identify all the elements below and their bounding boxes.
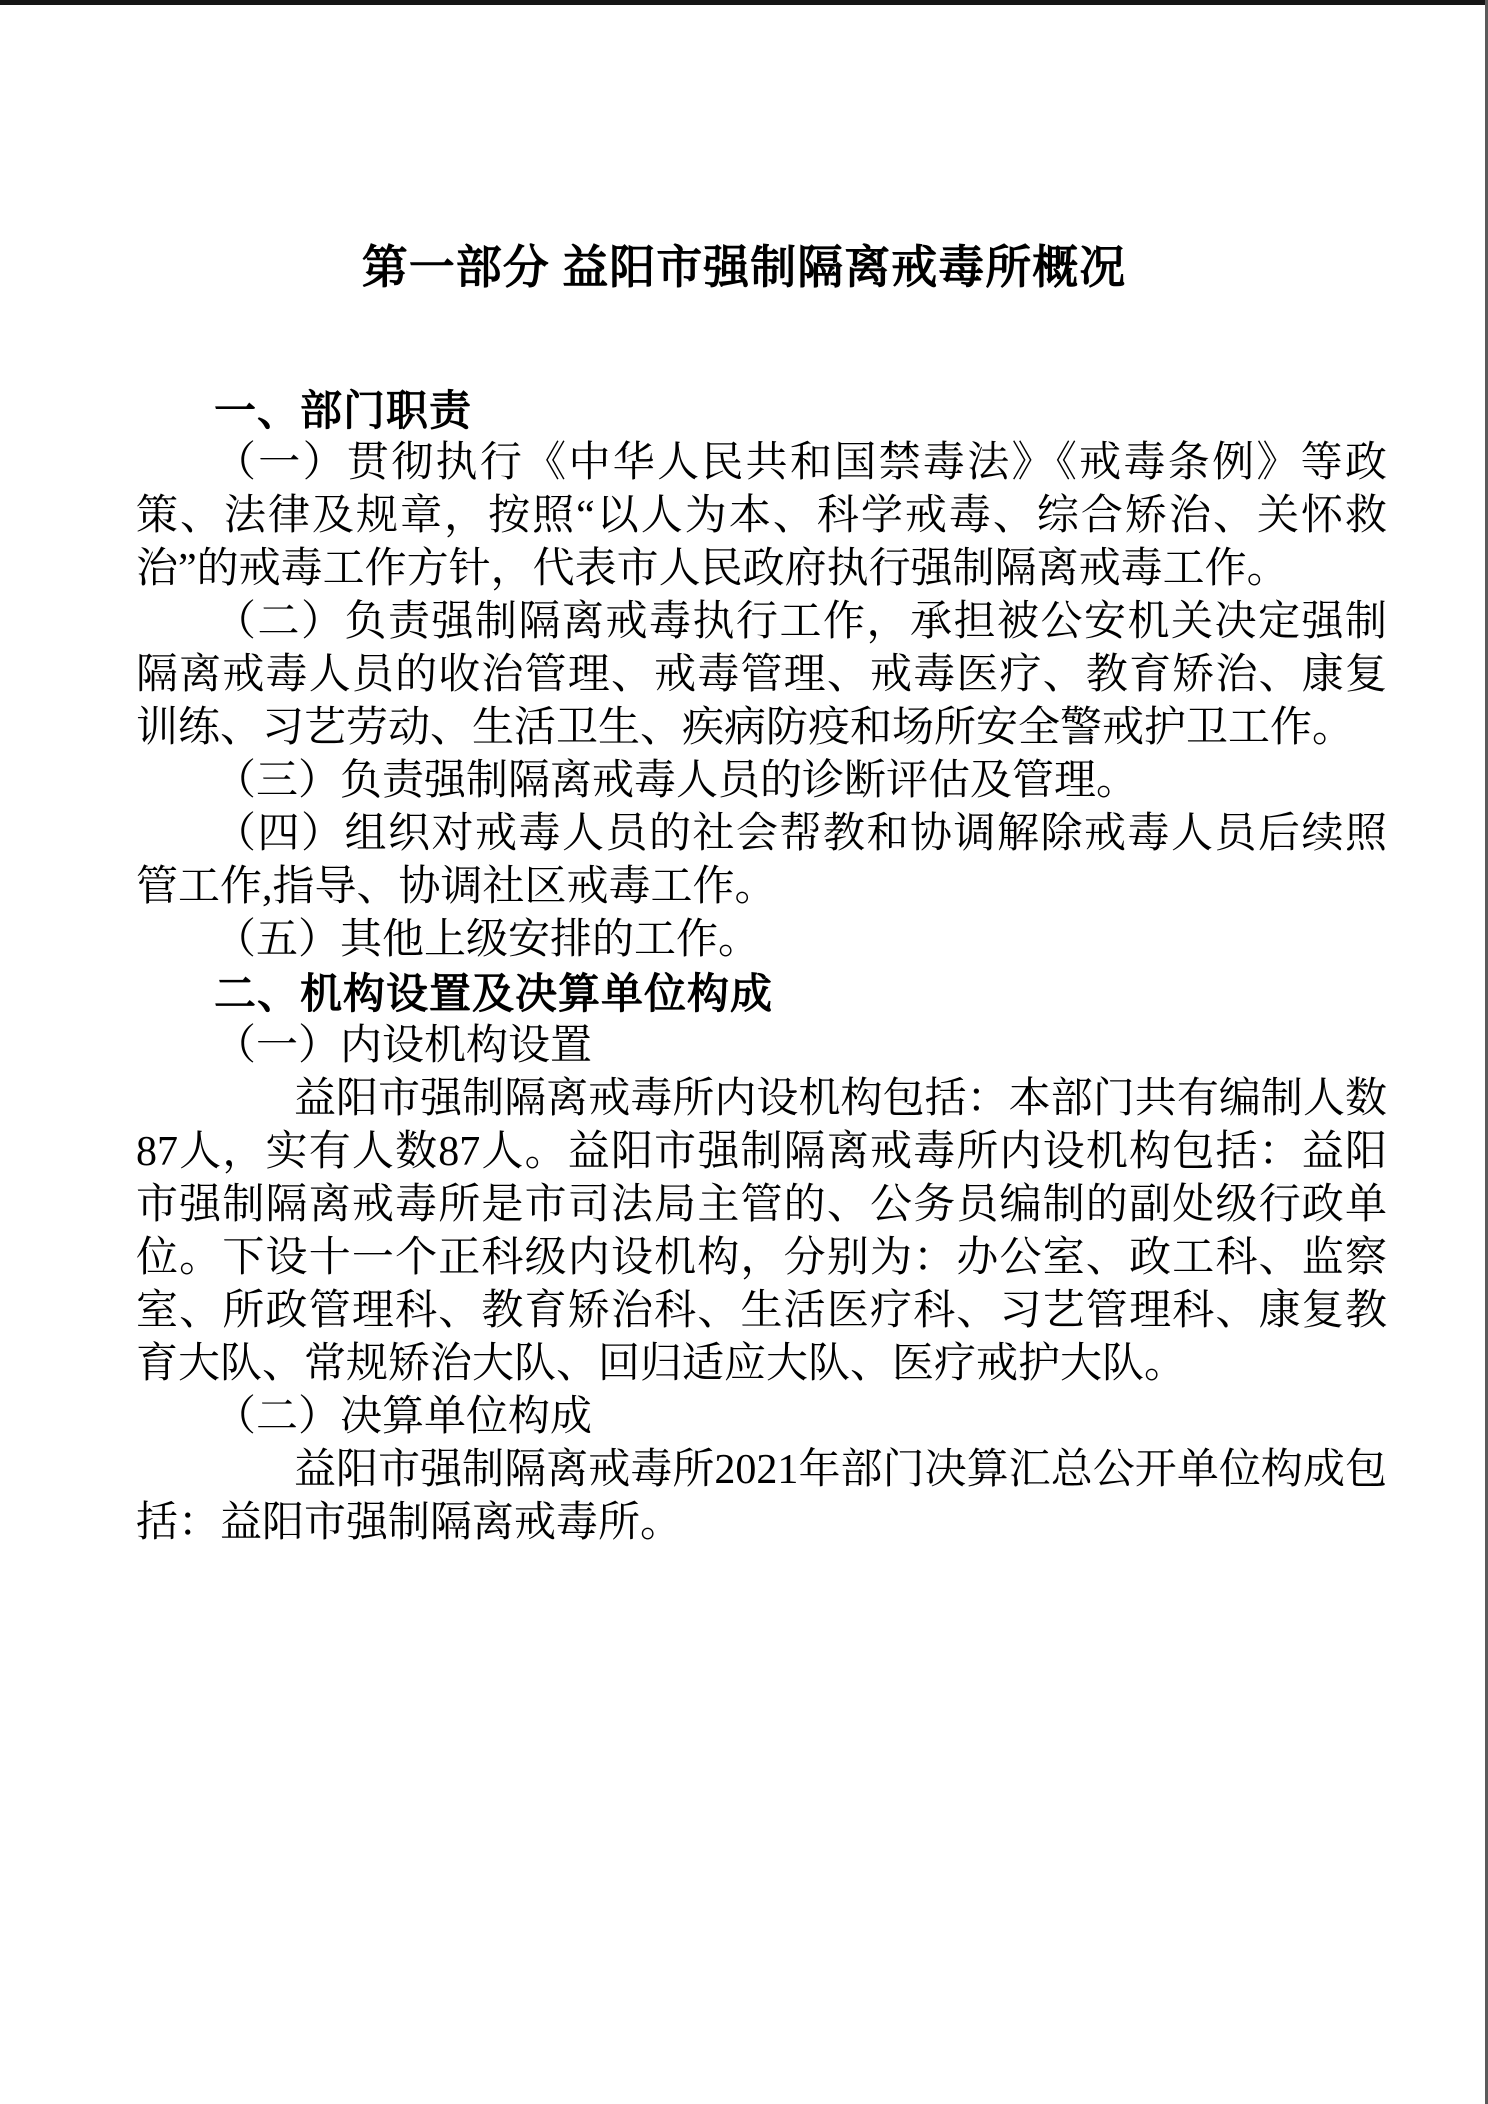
section-heading-2: 二、机构设置及决算单位构成 <box>136 967 1387 1020</box>
paragraph-duty-5: （五）其他上级安排的工作。 <box>136 914 1387 967</box>
paragraph-duty-2: （二）负责强制隔离戒毒执行工作，承担被公安机关决定强制隔离戒毒人员的收治管理、戒… <box>136 596 1387 755</box>
page-top-edge-line <box>0 0 1488 5</box>
subsection-heading-internal-org: （一）内设机构设置 <box>136 1020 1387 1073</box>
paragraph-duty-1: （一）贯彻执行《中华人民共和国禁毒法》《戒毒条例》等政策、法律及规章，按照“以人… <box>136 437 1387 596</box>
page-title: 第一部分 益阳市强制隔离戒毒所概况 <box>90 238 1398 298</box>
paragraph-internal-org-detail: 益阳市强制隔离戒毒所内设机构包括：本部门共有编制人数87人，实有人数87人。益阳… <box>136 1073 1387 1391</box>
paragraph-budget-units-detail: 益阳市强制隔离戒毒所2021年部门决算汇总公开单位构成包括：益阳市强制隔离戒毒所… <box>136 1444 1387 1550</box>
document-page: 第一部分 益阳市强制隔离戒毒所概况 一、部门职责 （一）贯彻执行《中华人民共和国… <box>0 238 1488 1550</box>
document-body: 一、部门职责 （一）贯彻执行《中华人民共和国禁毒法》《戒毒条例》等政策、法律及规… <box>0 384 1488 1550</box>
paragraph-duty-4: （四）组织对戒毒人员的社会帮教和协调解除戒毒人员后续照管工作,指导、协调社区戒毒… <box>136 808 1387 914</box>
subsection-heading-budget-units: （二）决算单位构成 <box>136 1391 1387 1444</box>
section-heading-1: 一、部门职责 <box>136 384 1387 437</box>
paragraph-duty-3: （三）负责强制隔离戒毒人员的诊断评估及管理。 <box>136 755 1387 808</box>
